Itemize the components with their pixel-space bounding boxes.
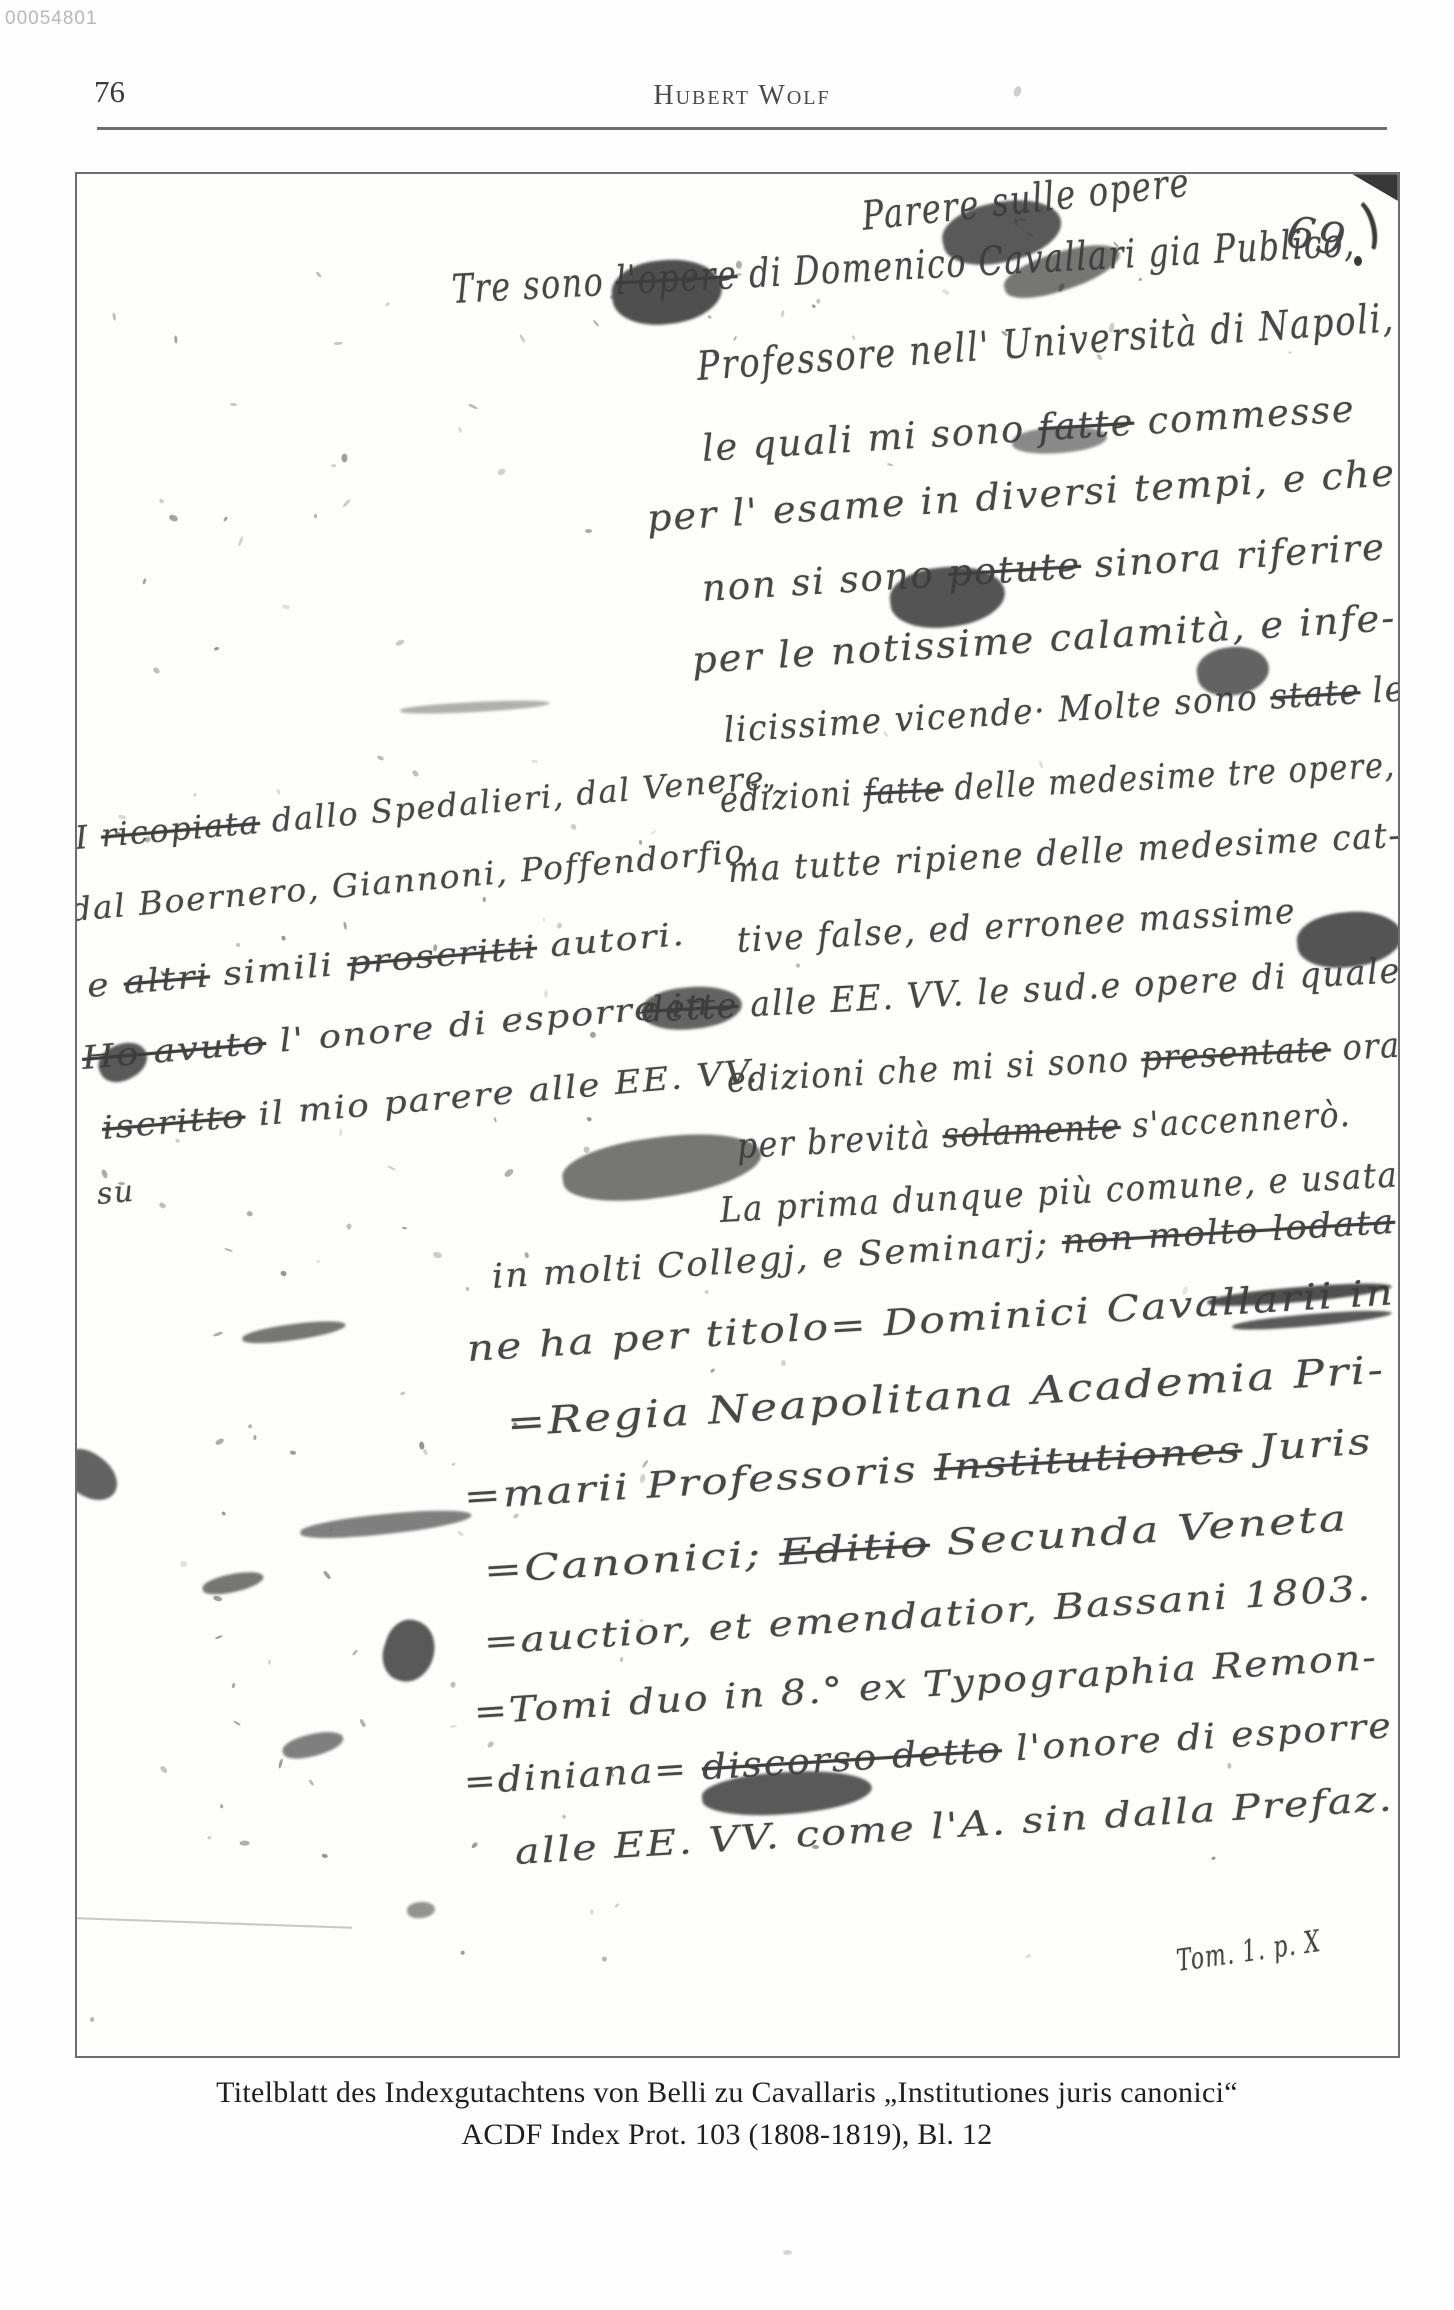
ink-speck [231, 1682, 235, 1688]
ink-speck [174, 335, 177, 343]
ink-speck [247, 1424, 252, 1429]
ink-speck [346, 1223, 351, 1229]
ink-speck [359, 1718, 367, 1728]
ink-speck [308, 1779, 314, 1786]
ink-speck [331, 464, 337, 468]
ink-speck [159, 1765, 168, 1774]
margin-note-line: iscritto il mio parere alle EE. VV. [101, 1055, 761, 1144]
ink-speck [143, 578, 147, 584]
ink-speck [487, 1740, 496, 1749]
manuscript-line: non si sono potute sinora riferire [701, 528, 1387, 607]
ink-speck [168, 513, 178, 522]
ink-blot [241, 1317, 346, 1347]
manuscript-line: Professore nell' Università di Napoli, [696, 298, 1396, 387]
ink-speck [268, 1660, 271, 1665]
ink-speck [942, 288, 950, 295]
ink-speck [322, 1853, 328, 1858]
ink-speck [797, 963, 801, 968]
scan-id: 00054801 [5, 8, 98, 30]
ink-blot [201, 1568, 265, 1598]
manuscript-line: alle EE. VV. come l'A. sin dalla Prefaz. [514, 1782, 1395, 1871]
manuscript-line: edizioni che mi si sono presentate ora [726, 1029, 1398, 1099]
ink-speck [385, 302, 391, 308]
struck-text: presentate [1140, 1029, 1332, 1079]
struck-text: fatte [863, 769, 945, 813]
book-page: 00054801 76 Hubert Wolf Parere sulle ope… [0, 0, 1454, 2310]
ink-speck [315, 271, 322, 279]
ink-speck [341, 453, 347, 462]
ink-blot [406, 1901, 436, 1920]
ink-speck [221, 1512, 226, 1517]
ink-speck [278, 1758, 283, 1768]
ink-speck [467, 403, 477, 410]
manuscript-line: licissime vicende· Molte sono state le [723, 672, 1398, 749]
ink-speck [1288, 351, 1291, 354]
ink-speck [601, 1955, 608, 1961]
figure-caption: Titelblatt des Indexgutachtens von Belli… [0, 2072, 1454, 2156]
ink-speck [246, 1210, 253, 1217]
ink-speck [615, 1903, 620, 1908]
ink-speck [280, 1270, 287, 1277]
ink-speck [817, 299, 821, 304]
ink-speck [214, 646, 220, 650]
manuscript-line: ma tutte ripiene delle medesime cat- [727, 819, 1398, 889]
ink-speck [531, 760, 539, 764]
ink-speck [193, 792, 197, 796]
ink-speck [483, 897, 486, 902]
ink-speck [541, 917, 546, 922]
caption-line-1: Titelblatt des Indexgutachtens von Belli… [0, 2072, 1454, 2114]
manuscript-line: le quali mi sono fatte commesse [701, 390, 1357, 467]
ink-speck [352, 1649, 358, 1656]
ink-speck [342, 499, 350, 508]
struck-text: solamente [942, 1107, 1122, 1156]
ink-speck [450, 1681, 456, 1687]
ink-speck [236, 943, 241, 948]
ink-speck [176, 1139, 180, 1143]
ink-speck [497, 467, 506, 476]
manuscript-line: tive false, ed erronee massime [736, 895, 1297, 959]
ink-speck [159, 1201, 168, 1209]
ink-speck [322, 1570, 332, 1580]
ink-speck [450, 1725, 457, 1728]
manuscript-line: Tom. 1. p. X [1175, 1927, 1323, 1977]
paper-crease [77, 1917, 352, 1929]
margin-note-line: Ho avuto l' onore di esporre in [81, 987, 712, 1074]
ink-blot [280, 1727, 345, 1763]
ink-speck [223, 517, 228, 523]
ink-speck [412, 769, 420, 777]
ink-speck [334, 341, 343, 345]
manuscript-line: per l' esame in diversi tempi, e che [646, 454, 1397, 537]
ink-speck [282, 604, 291, 610]
struck-text: Editio [778, 1524, 931, 1574]
ink-speck [465, 1287, 469, 1292]
ink-speck [89, 2016, 95, 2023]
scanner-dot [783, 2250, 792, 2255]
ink-speck [585, 529, 592, 533]
ink-speck [240, 1841, 250, 1846]
ink-speck [342, 921, 347, 929]
ink-speck [707, 315, 712, 320]
ink-speck [314, 514, 317, 518]
header-rule [97, 127, 1387, 130]
ink-speck [470, 1841, 478, 1849]
ink-speck [1211, 1856, 1216, 1860]
ink-speck [458, 427, 462, 433]
ink-speck [452, 1462, 456, 1466]
ink-speck [811, 304, 816, 309]
ink-speck [158, 498, 164, 504]
ink-speck [395, 638, 406, 647]
ink-speck [432, 1251, 442, 1259]
ink-speck [280, 935, 286, 941]
manuscript-line: per brevità solamente s'accennerò. [736, 1098, 1352, 1165]
ink-speck [238, 537, 244, 547]
ink-speck [180, 1561, 188, 1568]
manuscript-line: per le notissime calamità, e infe- [691, 599, 1397, 679]
ink-speck [277, 789, 281, 795]
struck-text: state [1269, 672, 1362, 717]
running-header: Hubert Wolf [98, 80, 1386, 112]
ink-speck [650, 829, 657, 835]
ink-corner-mark [1352, 174, 1398, 201]
struck-text: ricopiata [99, 803, 261, 855]
ink-blot [299, 1505, 472, 1543]
manuscript-line: Tre sono l'opere di Domenico Cavallari g… [451, 223, 1356, 310]
ink-speck [387, 1165, 396, 1171]
ink-speck [1024, 1953, 1031, 1958]
ink-speck [569, 823, 577, 831]
ink-speck [118, 1181, 125, 1184]
ink-blot [400, 698, 550, 716]
caption-line-2: ACDF Index Prot. 103 (1808-1819), Bl. 12 [0, 2114, 1454, 2156]
struck-text: altri [122, 956, 211, 1001]
ink-speck [400, 1391, 406, 1396]
ink-speck [1139, 277, 1142, 280]
ink-speck [592, 319, 599, 326]
ink-speck [544, 990, 547, 998]
struck-text: iscritto [100, 1097, 247, 1147]
ink-speck [586, 1117, 592, 1123]
struck-text: Institutiones [933, 1429, 1244, 1489]
manuscript-line: =Canonici; Editio Secunda Veneta [483, 1501, 1349, 1590]
margin-note-line: e altri simili proscritti autori. [86, 918, 687, 1002]
ink-speck [812, 1845, 819, 1849]
manuscript-figure: Parere sulle opere69Tre sono l'opere di … [75, 172, 1400, 2058]
ink-speck [619, 1657, 623, 1663]
ink-speck [215, 1635, 223, 1640]
ink-speck [460, 1950, 464, 1955]
ink-speck [639, 840, 642, 845]
ink-speck [213, 1595, 223, 1603]
ink-speck [339, 1128, 342, 1136]
manuscript-line: dette alle EE. VV. le sud.e opere di qua… [641, 954, 1398, 1029]
ink-speck [221, 1804, 224, 1808]
manuscript-scan: Parere sulle opere69Tre sono l'opere di … [77, 174, 1398, 2056]
ink-speck [562, 1814, 567, 1819]
ink-speck [781, 1360, 786, 1366]
ink-speck [153, 667, 161, 675]
ink-speck [494, 1117, 498, 1123]
ink-speck [1227, 1763, 1231, 1770]
ink-speck [704, 1289, 709, 1294]
ink-speck [213, 1332, 223, 1338]
ink-speck [253, 1435, 257, 1441]
ink-speck [709, 1368, 715, 1374]
ink-speck [402, 1227, 407, 1230]
ink-speck [233, 1721, 241, 1727]
ink-speck [224, 1247, 233, 1252]
struck-text: non molto lodata [1061, 1202, 1397, 1262]
ink-speck [207, 1835, 212, 1840]
ink-speck [377, 754, 385, 760]
ink-speck [215, 1437, 225, 1446]
ink-speck [457, 1530, 464, 1537]
ink-speck [519, 334, 526, 343]
ink-speck [504, 1168, 515, 1179]
ink-speck [422, 1449, 428, 1457]
struck-text: proscritti [345, 928, 538, 982]
margin-note-line: su [96, 1177, 136, 1210]
ink-speck [290, 1450, 296, 1455]
ink-blot [376, 1614, 443, 1688]
manuscript-line: edizioni fatte delle medesime tre opere, [719, 749, 1396, 819]
ink-speck [229, 402, 236, 405]
ink-speck [887, 463, 893, 467]
ink-speck [780, 309, 785, 316]
ink-speck [317, 1260, 321, 1264]
ink-blot [77, 1440, 126, 1510]
ink-speck [589, 1910, 594, 1916]
ink-speck [111, 312, 116, 321]
